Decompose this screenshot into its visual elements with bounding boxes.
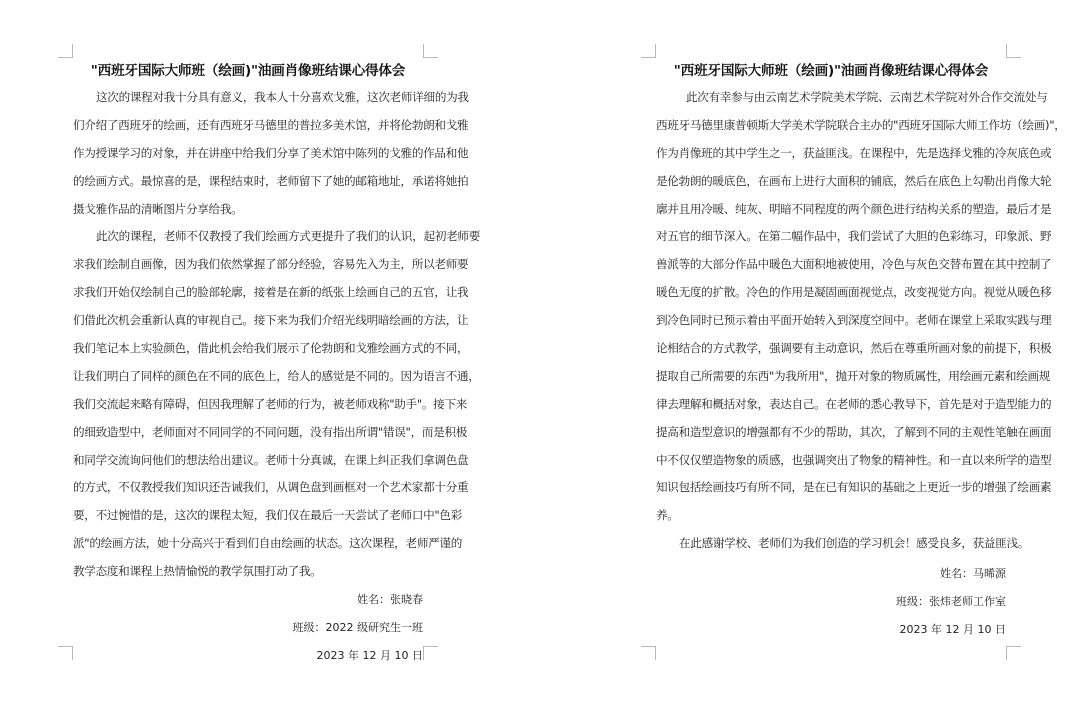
paragraph-line: 中不仅仅塑造物象的质感，也强调突出了物象的精神性。和一直以来所学的造型 bbox=[656, 447, 1006, 475]
paragraph-line: 律去理解和概括对象，表达自己。在老师的悉心教导下，首先是对于造型能力的 bbox=[656, 391, 1006, 419]
crop-mark-bottom-right bbox=[423, 646, 438, 660]
paragraph-line: 知识包括绘画技巧有所不同，是在已有知识的基础之上更近一步的增强了绘画素 bbox=[656, 474, 1006, 502]
document-page-right: "西班牙国际大师班（绘画)"油画肖像班结课心得体会 此次有幸参与由云南艺术学院美… bbox=[583, 0, 1080, 702]
signature-block: 姓名：马晞源 班级：张炜老师工作室 2023 年 12 月 10 日 bbox=[656, 560, 1006, 644]
page-content: "西班牙国际大师班（绘画)"油画肖像班结课心得体会 此次有幸参与由云南艺术学院美… bbox=[656, 58, 1006, 644]
paragraph-line: 暖色无度的扩散。冷色的作用是凝固画面视觉点，改变视觉方向。视觉从暖色移 bbox=[656, 279, 1006, 307]
paragraph-line: 求我们开始仅绘制自己的脸部轮廓，接着是在新的纸张上绘画自己的五官，让我 bbox=[73, 279, 423, 307]
essay-body: 此次有幸参与由云南艺术学院美术学院、云南艺术学院对外合作交流处与 西班牙马德里康… bbox=[656, 84, 1006, 558]
crop-mark-top-right bbox=[1006, 44, 1021, 58]
author-class: 班级：2022 级研究生一班 bbox=[73, 614, 423, 642]
paragraph-line: 我们交流起来略有障碍，但因我理解了老师的行为，被老师戏称"助手"。接下来 bbox=[73, 391, 423, 419]
paragraph-line: 们介绍了西班牙的绘画，还有西班牙马德里的普拉多美术馆，并将伦勃朗和戈雅 bbox=[73, 112, 423, 140]
paragraph-line: 提高和造型意识的增强都有不少的帮助，其次，了解到不同的主观性笔触在画面 bbox=[656, 419, 1006, 447]
essay-body: 这次的课程对我十分具有意义，我本人十分喜欢戈雅，这次老师详细的为我 们介绍了西班… bbox=[73, 84, 423, 586]
page-title: "西班牙国际大师班（绘画)"油画肖像班结课心得体会 bbox=[73, 58, 423, 84]
paragraph-line: 养。 bbox=[656, 502, 1006, 530]
crop-mark-bottom-left bbox=[58, 646, 73, 660]
paragraph-line: 和同学交流询问他们的想法给出建议。老师十分真诚，在课上纠正我们拿调色盘 bbox=[73, 447, 423, 475]
paragraph-line: 提取自己所需要的东西"为我所用"，抛开对象的物质属性，用绘画元素和绘画规 bbox=[656, 363, 1006, 391]
paragraph-line: 们借此次机会重新认真的审视自己。接下来为我们介绍光线明暗绘画的方法，让 bbox=[73, 307, 423, 335]
paragraph-line: 的细致造型中，老师面对不同同学的不同问题，没有指出所谓"错误"，而是积极 bbox=[73, 419, 423, 447]
page-content: "西班牙国际大师班（绘画)"油画肖像班结课心得体会 这次的课程对我十分具有意义，… bbox=[73, 58, 423, 670]
document-page-left: "西班牙国际大师班（绘画)"油画肖像班结课心得体会 这次的课程对我十分具有意义，… bbox=[0, 0, 540, 702]
paragraph-line: 作为肖像班的其中学生之一，获益匪浅。在课程中，先是选择戈雅的冷灰底色或 bbox=[656, 140, 1006, 168]
paragraph-line: 在此感谢学校、老师们为我们创造的学习机会！感受良多，获益匪浅。 bbox=[656, 530, 1006, 558]
paragraph-line: 作为授课学习的对象，并在讲座中给我们分享了美术馆中陈列的戈雅的作品和他 bbox=[73, 140, 423, 168]
crop-mark-bottom-left bbox=[641, 646, 656, 660]
paragraph-line: 对五官的细节深入。在第二幅作品中，我们尝试了大胆的色彩练习，印象派、野 bbox=[656, 223, 1006, 251]
paragraph-line: 此次有幸参与由云南艺术学院美术学院、云南艺术学院对外合作交流处与 bbox=[656, 84, 1006, 112]
crop-mark-top-left bbox=[58, 44, 73, 58]
author-class: 班级：张炜老师工作室 bbox=[656, 588, 1006, 616]
crop-mark-bottom-right bbox=[1006, 646, 1021, 660]
paragraph-line: 要，不过惋惜的是，这次的课程太短，我们仅在最后一天尝试了老师口中"色彩 bbox=[73, 502, 423, 530]
paragraph-line: 我们笔记本上实验颜色，借此机会给我们展示了伦勃朗和戈雅绘画方式的不同， bbox=[73, 335, 423, 363]
paragraph-line: 此次的课程，老师不仅教授了我们绘画方式更提升了我们的认识，起初老师要 bbox=[73, 223, 423, 251]
paragraph-line: 摄戈雅作品的清晰图片分享给我。 bbox=[73, 196, 423, 224]
paragraph-line: 的方式，不仅教授我们知识还告诫我们，从调色盘到画框对一个艺术家都十分重 bbox=[73, 474, 423, 502]
signature-date: 2023 年 12 月 10 日 bbox=[73, 642, 423, 670]
paragraph-line: 兽派等的大部分作品中暖色大面积地被使用，冷色与灰色交替布置在其中控制了 bbox=[656, 251, 1006, 279]
signature-date: 2023 年 12 月 10 日 bbox=[656, 616, 1006, 644]
signature-block: 姓名：张晓春 班级：2022 级研究生一班 2023 年 12 月 10 日 bbox=[73, 586, 423, 670]
paragraph-line: 廓并且用冷暖、纯灰、明暗不同程度的两个颜色进行结构关系的塑造，最后才是 bbox=[656, 196, 1006, 224]
paragraph-line: 到冷色同时已预示着由平面开始转入到深度空间中。老师在课堂上采取实践与理 bbox=[656, 307, 1006, 335]
paragraph-line: 西班牙马德里康普顿斯大学美术学院联合主办的"西班牙国际大师工作坊（绘画)"， bbox=[656, 112, 1006, 140]
crop-mark-top-right bbox=[423, 44, 438, 58]
paragraph-line: 教学态度和课程上热情愉悦的教学氛围打动了我。 bbox=[73, 558, 423, 586]
page-title: "西班牙国际大师班（绘画)"油画肖像班结课心得体会 bbox=[656, 58, 1006, 84]
paragraph-line: 让我们明白了同样的颜色在不同的底色上，给人的感觉是不同的。因为语言不通， bbox=[73, 363, 423, 391]
author-name: 姓名：马晞源 bbox=[656, 560, 1006, 588]
paragraph-line: 求我们绘制自画像，因为我们依然掌握了部分经验，容易先入为主，所以老师要 bbox=[73, 251, 423, 279]
author-name: 姓名：张晓春 bbox=[73, 586, 423, 614]
paragraph-line: 派"的绘画方法，她十分高兴于看到们自由绘画的状态。这次课程，老师严谨的 bbox=[73, 530, 423, 558]
paragraph-line: 论相结合的方式教学，强调要有主动意识，然后在尊重所画对象的前提下，积极 bbox=[656, 335, 1006, 363]
crop-mark-top-left bbox=[641, 44, 656, 58]
paragraph-line: 的绘画方式。最惊喜的是，课程结束时，老师留下了她的邮箱地址，承诺将她拍 bbox=[73, 168, 423, 196]
paragraph-line: 是伦勃朗的暖底色，在画布上进行大面积的铺底，然后在底色上勾勒出肖像大轮 bbox=[656, 168, 1006, 196]
paragraph-line: 这次的课程对我十分具有意义，我本人十分喜欢戈雅，这次老师详细的为我 bbox=[73, 84, 423, 112]
